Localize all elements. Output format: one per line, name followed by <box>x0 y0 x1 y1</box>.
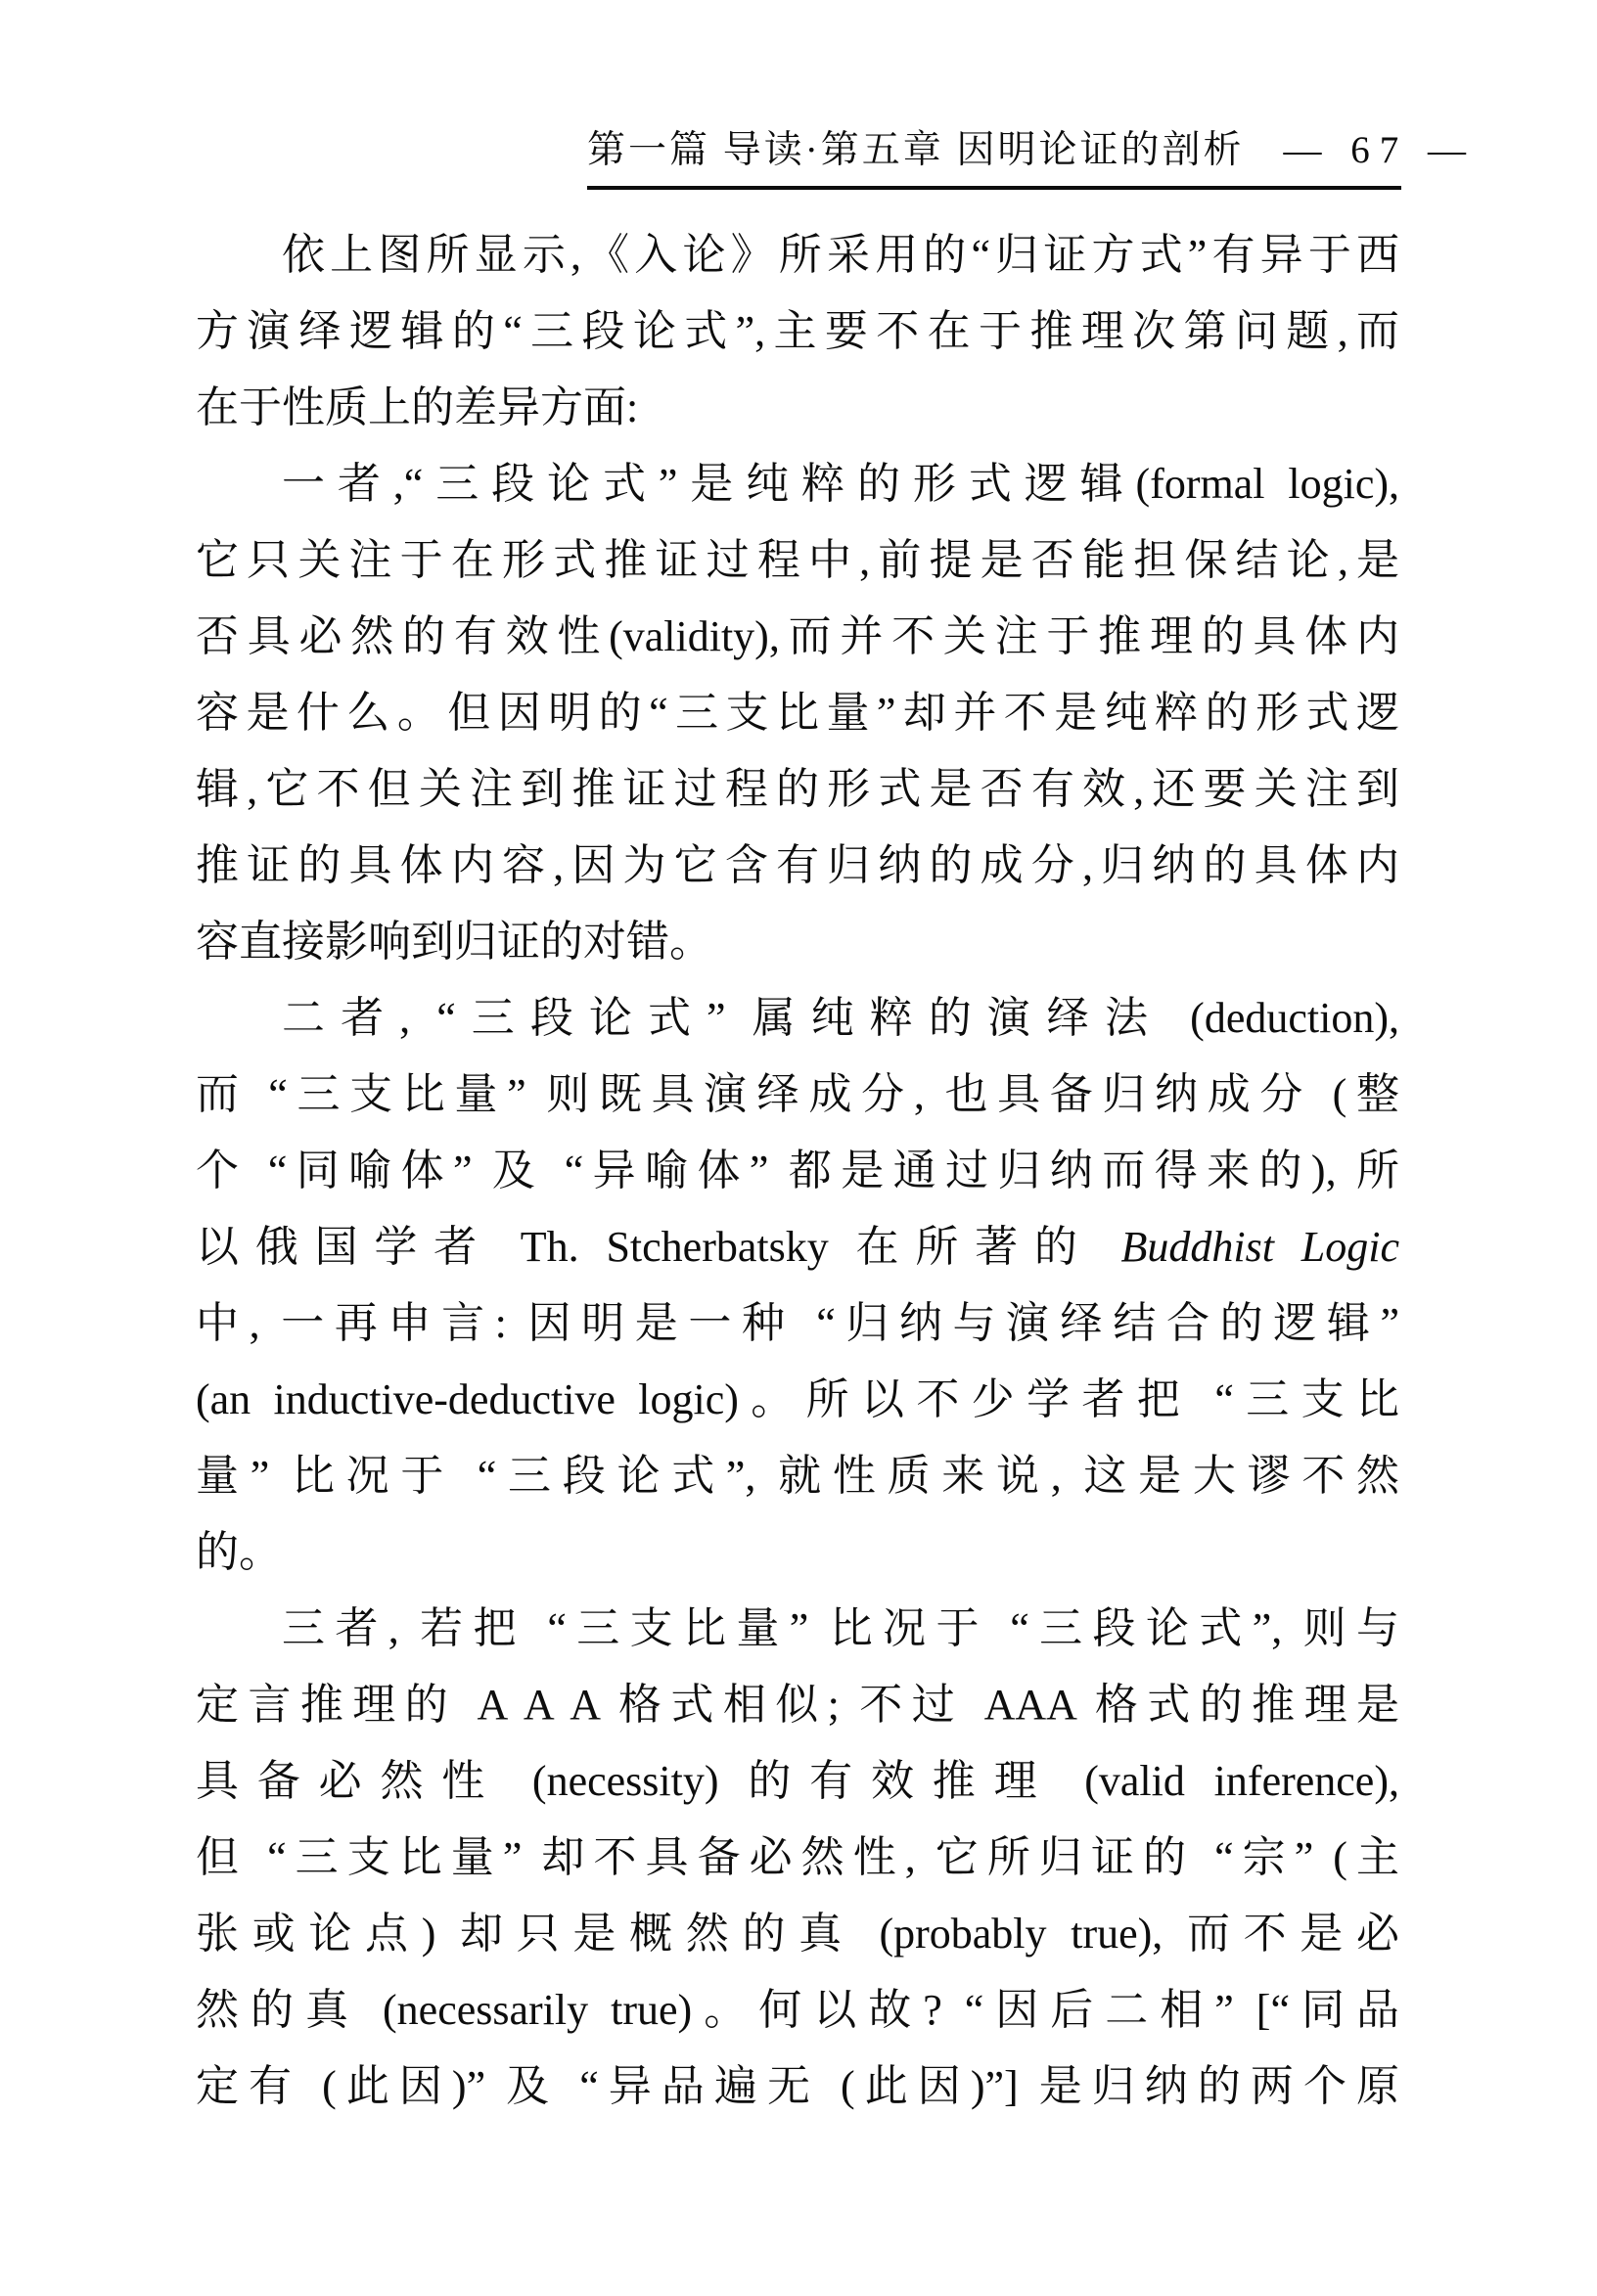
text-line: 二者, “三段论式” 属纯粹的演绎法 (deduction), <box>196 980 1399 1057</box>
text-line: 以俄国学者 Th. Stcherbatsky 在所著的 Buddhist Log… <box>196 1209 1399 1285</box>
text-line: 中, 一再申言: 因明是一种 “归纳与演绎结合的逻辑” <box>196 1285 1399 1362</box>
text-line: 然的真 (necessarily true)。何以故? “因后二相” [“同品 <box>196 1972 1399 2048</box>
text-line: 具备必然性 (necessity) 的有效推理 (valid inference… <box>196 1743 1399 1820</box>
book-page: 第一篇 导读·第五章 因明论证的剖析 — 67 — 依上图所显示,《入论》所采用… <box>0 0 1597 2296</box>
text-line: 个 “同喻体” 及 “异喻体” 都是通过归纳而得来的), 所 <box>196 1133 1399 1209</box>
text-line: 量” 比况于 “三段论式”, 就性质来说, 这是大谬不然 <box>196 1438 1399 1514</box>
text-line: 辑,它不但关注到推证过程的形式是否有效,还要关注到 <box>196 751 1399 828</box>
text-line: 方演绎逻辑的“三段论式”,主要不在于推理次第问题,而 <box>196 293 1399 370</box>
book-title-italic: Buddhist Logic <box>1121 1223 1399 1271</box>
text-segment: 以俄国学者 Th. Stcherbatsky 在所著的 <box>196 1223 1121 1271</box>
text-line: 张或论点) 却只是概然的真 (probably true), 而不是必 <box>196 1896 1399 1972</box>
body-text: 依上图所显示,《入论》所采用的“归证方式”有异于西 方演绎逻辑的“三段论式”,主… <box>196 217 1399 2125</box>
text-line: 否具必然的有效性(validity),而并不关注于推理的具体内 <box>196 599 1399 675</box>
text-line: 一者,“三段论式”是纯粹的形式逻辑(formal logic), <box>196 446 1399 522</box>
text-line: 的。 <box>196 1514 1399 1591</box>
text-line: 容直接影响到归证的对错。 <box>196 904 1399 980</box>
text-line: 在于性质上的差异方面: <box>196 370 1399 446</box>
page-number: — 67 — <box>1245 128 1477 172</box>
text-line: 三者, 若把 “三支比量” 比况于 “三段论式”, 则与 <box>196 1591 1399 1667</box>
chapter-title: 第一篇 导读·第五章 因明论证的剖析 <box>587 119 1245 174</box>
text-line: 定有 (此因)” 及 “异品遍无 (此因)”] 是归纳的两个原 <box>196 2048 1399 2125</box>
text-line: 定言推理的 A A A 格式相似; 不过 AAA 格式的推理是 <box>196 1667 1399 1743</box>
text-line: (an inductive-deductive logic)。所以不少学者把 “… <box>196 1362 1399 1438</box>
text-line: 但 “三支比量” 却不具备必然性, 它所归证的 “宗” (主 <box>196 1820 1399 1896</box>
text-line: 容是什么。但因明的“三支比量”却并不是纯粹的形式逻 <box>196 675 1399 751</box>
text-line: 它只关注于在形式推证过程中,前提是否能担保结论,是 <box>196 522 1399 599</box>
text-line: 依上图所显示,《入论》所采用的“归证方式”有异于西 <box>196 217 1399 293</box>
text-line: 推证的具体内容,因为它含有归纳的成分,归纳的具体内 <box>196 828 1399 904</box>
running-header: 第一篇 导读·第五章 因明论证的剖析 — 67 — <box>587 119 1401 190</box>
text-line: 而 “三支比量” 则既具演绎成分, 也具备归纳成分 (整 <box>196 1057 1399 1133</box>
